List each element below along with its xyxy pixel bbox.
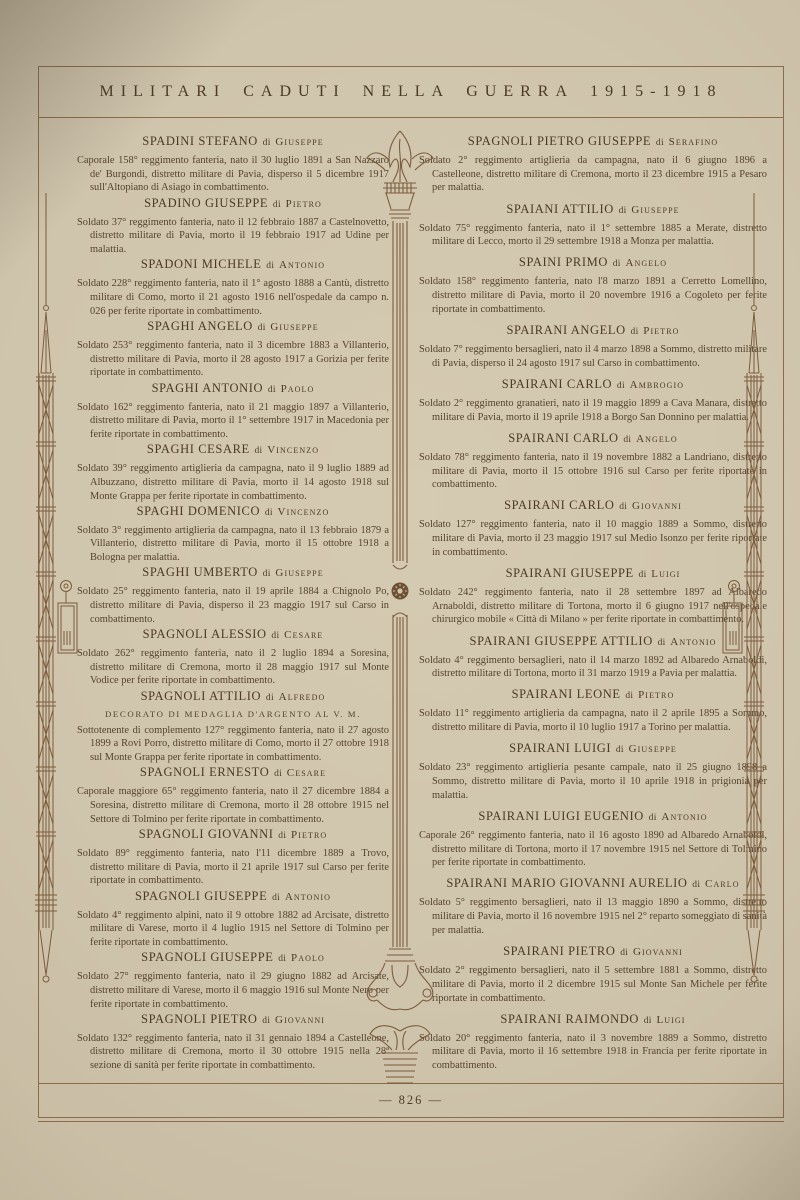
father-name: Giuseppe xyxy=(631,204,679,216)
soldier-record: Sottotenente di complemento 127° reggime… xyxy=(77,724,389,765)
patronymic-connector: di xyxy=(278,831,286,841)
soldier-name-heading: SPAIRANI LEONE di Pietro xyxy=(419,687,767,702)
soldier-name-heading: SPAIRANI GIUSEPPE ATTILIO di Antonio xyxy=(419,634,767,649)
soldier-name: SPADINO GIUSEPPE xyxy=(144,196,268,210)
soldier-record: Soldato 75° reggimento fanteria, nato il… xyxy=(419,222,767,249)
soldier-name: SPAIRANI LUIGI EUGENIO xyxy=(478,809,644,823)
soldier-entry: SPAIRANI MARIO GIOVANNI AURELIO di Carlo… xyxy=(419,876,767,937)
soldier-entry: SPAGNOLI ERNESTO di Cesare Caporale magg… xyxy=(77,765,389,826)
soldier-record: Caporale maggiore 65° reggimento fanteri… xyxy=(77,785,389,826)
page-frame: MILITARI CADUTI NELLA GUERRA 1915-1918 S… xyxy=(38,66,784,1118)
soldier-name: SPAGHI CESARE xyxy=(147,442,250,456)
soldier-entry: SPAGHI DOMENICO di Vincenzo Soldato 3° r… xyxy=(77,504,389,565)
patronymic-connector: di xyxy=(617,381,625,391)
father-name: Giuseppe xyxy=(275,136,323,148)
soldier-name-heading: SPAGHI ANTONIO di Paolo xyxy=(77,381,389,396)
father-name: Giovanni xyxy=(275,1014,325,1026)
patronymic-connector: di xyxy=(262,1016,270,1026)
father-name: Giuseppe xyxy=(270,321,318,333)
soldier-name-heading: SPAGNOLI ATTILIO di Alfredo xyxy=(77,689,389,704)
patronymic-connector: di xyxy=(656,138,664,148)
soldier-record: Soldato 4° reggimento alpini, nato il 9 … xyxy=(77,909,389,950)
patronymic-connector: di xyxy=(620,948,628,958)
father-name: Vincenzo xyxy=(278,506,330,518)
patronymic-connector: di xyxy=(623,435,631,445)
soldier-name: SPAGNOLI ERNESTO xyxy=(140,765,269,779)
patronymic-connector: di xyxy=(255,446,263,456)
soldier-record: Soldato 23° reggimento artiglieria pesan… xyxy=(419,761,767,802)
patronymic-connector: di xyxy=(639,570,647,580)
soldier-name-heading: SPAIRANI LUIGI EUGENIO di Antonio xyxy=(419,809,767,824)
father-name: Angelo xyxy=(636,433,678,445)
patronymic-connector: di xyxy=(271,631,279,641)
father-name: Giovanni xyxy=(632,500,682,512)
soldier-name-heading: SPAGHI ANGELO di Giuseppe xyxy=(77,319,389,334)
soldier-record: Soldato 228° reggimento fanteria, nato i… xyxy=(77,277,389,318)
soldier-name-heading: SPADINO GIUSEPPE di Pietro xyxy=(77,196,389,211)
soldier-record: Soldato 262° reggimento fanteria, nato i… xyxy=(77,647,389,688)
patronymic-connector: di xyxy=(274,769,282,779)
soldier-name: SPAGNOLI GIOVANNI xyxy=(139,827,274,841)
soldier-name-heading: SPAGNOLI GIUSEPPE di Antonio xyxy=(77,889,389,904)
soldier-entry: SPAIRANI LEONE di Pietro Soldato 11° reg… xyxy=(419,687,767,734)
soldier-entry: SPAGNOLI ALESSIO di Cesare Soldato 262° … xyxy=(77,627,389,688)
soldier-entry: SPAIRANI GIUSEPPE ATTILIO di Antonio Sol… xyxy=(419,634,767,681)
soldier-entry: SPAIANI ATTILIO di Giuseppe Soldato 75° … xyxy=(419,202,767,249)
soldier-name-heading: SPAIRANI CARLO di Angelo xyxy=(419,431,767,446)
soldier-entry: SPAGNOLI GIUSEPPE di Paolo Soldato 27° r… xyxy=(77,950,389,1011)
soldier-name: SPAGNOLI ALESSIO xyxy=(143,627,267,641)
soldier-name-heading: SPAIANI ATTILIO di Giuseppe xyxy=(419,202,767,217)
soldier-entry: SPAGNOLI ATTILIO di Alfredo DECORATO DI … xyxy=(77,689,389,765)
soldier-name: SPAGHI UMBERTO xyxy=(142,565,258,579)
soldier-name-heading: SPAIRANI ANGELO di Pietro xyxy=(419,323,767,338)
left-column: SPADINI STEFANO di Giuseppe Caporale 158… xyxy=(77,134,389,1073)
soldier-name-heading: SPADINI STEFANO di Giuseppe xyxy=(77,134,389,149)
father-name: Pietro xyxy=(286,198,322,210)
patronymic-connector: di xyxy=(272,893,280,903)
soldier-name-heading: SPAGHI DOMENICO di Vincenzo xyxy=(77,504,389,519)
soldier-entry: SPAGHI CESARE di Vincenzo Soldato 39° re… xyxy=(77,442,389,503)
soldier-name: SPAGNOLI PIETRO xyxy=(141,1012,258,1026)
soldier-name-heading: SPAGNOLI ERNESTO di Cesare xyxy=(77,765,389,780)
soldier-entry: SPAIRANI ANGELO di Pietro Soldato 7° reg… xyxy=(419,323,767,370)
soldier-record: Soldato 20° reggimento fanteria, nato il… xyxy=(419,1032,767,1073)
soldier-name-heading: SPAIRANI GIUSEPPE di Luigi xyxy=(419,566,767,581)
soldier-name: SPAIRANI CARLO xyxy=(502,377,612,391)
father-name: Vincenzo xyxy=(267,444,319,456)
patronymic-connector: di xyxy=(265,508,273,518)
soldier-name: SPAGNOLI GIUSEPPE xyxy=(135,889,267,903)
soldier-name: SPAIRANI RAIMONDO xyxy=(500,1012,639,1026)
patronymic-connector: di xyxy=(619,206,627,216)
soldier-entry: SPAIRANI CARLO di Angelo Soldato 78° reg… xyxy=(419,431,767,492)
soldier-entry: SPAIRANI LUIGI EUGENIO di Antonio Capora… xyxy=(419,809,767,870)
father-name: Paolo xyxy=(281,383,315,395)
footer-band: — 826 — xyxy=(39,1083,783,1117)
father-name: Antonio xyxy=(279,259,325,271)
soldier-name: SPAIRANI ANGELO xyxy=(506,323,625,337)
patronymic-connector: di xyxy=(268,385,276,395)
father-name: Cesare xyxy=(287,767,326,779)
soldier-name-heading: SPAINI PRIMO di Angelo xyxy=(419,255,767,270)
patronymic-connector: di xyxy=(266,261,274,271)
page-title: MILITARI CADUTI NELLA GUERRA 1915-1918 xyxy=(100,83,723,101)
soldier-entry: SPAGNOLI GIUSEPPE di Antonio Soldato 4° … xyxy=(77,889,389,950)
soldier-record: Soldato 4° reggimento bersaglieri, nato … xyxy=(419,654,767,681)
soldier-name-heading: SPAIRANI CARLO di Ambrogio xyxy=(419,377,767,392)
father-name: Pietro xyxy=(643,325,679,337)
right-column: SPAGNOLI PIETRO GIUSEPPE di Serafino Sol… xyxy=(419,134,767,1073)
soldier-record: Soldato 132° reggimento fanteria, nato i… xyxy=(77,1032,389,1073)
soldier-name: SPADINI STEFANO xyxy=(142,134,258,148)
patronymic-connector: di xyxy=(658,638,666,648)
soldier-record: Soldato 11° reggimento artiglieria da ca… xyxy=(419,707,767,734)
soldier-record: Soldato 25° reggimento fanteria, nato il… xyxy=(77,585,389,626)
soldier-name-heading: SPAIRANI LUIGI di Giuseppe xyxy=(419,741,767,756)
soldier-record: Soldato 89° reggimento fanteria, nato l'… xyxy=(77,847,389,888)
soldier-record: Soldato 162° reggimento fanteria, nato i… xyxy=(77,401,389,442)
father-name: Ambrogio xyxy=(630,379,685,391)
soldier-entry: SPADINI STEFANO di Giuseppe Caporale 158… xyxy=(77,134,389,195)
soldier-entry: SPAGNOLI GIOVANNI di Pietro Soldato 89° … xyxy=(77,827,389,888)
patronymic-connector: di xyxy=(649,813,657,823)
soldier-name-heading: SPAIRANI PIETRO di Giovanni xyxy=(419,944,767,959)
patronymic-connector: di xyxy=(263,138,271,148)
soldier-name-heading: SPADONI MICHELE di Antonio xyxy=(77,257,389,272)
page-content: SPADINI STEFANO di Giuseppe Caporale 158… xyxy=(39,118,783,1083)
soldier-entry: SPAIRANI GIUSEPPE di Luigi Soldato 242° … xyxy=(419,566,767,627)
patronymic-connector: di xyxy=(273,200,281,210)
soldier-name: SPAIRANI GIUSEPPE ATTILIO xyxy=(470,634,653,648)
soldier-record: Soldato 127° reggimento fanteria, nato i… xyxy=(419,518,767,559)
soldier-record: Soldato 27° reggimento fanteria, nato il… xyxy=(77,970,389,1011)
patronymic-connector: di xyxy=(263,569,271,579)
soldier-name: SPAGNOLI ATTILIO xyxy=(141,689,262,703)
soldier-name: SPAIRANI MARIO GIOVANNI AURELIO xyxy=(446,876,687,890)
father-name: Carlo xyxy=(705,878,740,890)
soldier-record: Soldato 2° reggimento bersaglieri, nato … xyxy=(419,964,767,1005)
soldier-record: Soldato 5° reggimento bersaglieri, nato … xyxy=(419,896,767,937)
soldier-record: Soldato 78° reggimento fanteria, nato il… xyxy=(419,451,767,492)
soldier-record: Caporale 26° reggimento fanteria, nato i… xyxy=(419,829,767,870)
soldier-name: SPAGHI DOMENICO xyxy=(137,504,260,518)
soldier-name: SPAGHI ANTONIO xyxy=(152,381,264,395)
soldier-name: SPAIRANI GIUSEPPE xyxy=(506,566,634,580)
father-name: Antonio xyxy=(285,891,331,903)
soldier-name: SPADONI MICHELE xyxy=(141,257,262,271)
father-name: Angelo xyxy=(625,257,667,269)
soldier-name: SPAIRANI LUIGI xyxy=(509,741,611,755)
soldier-record: Soldato 158° reggimento fanteria, nato l… xyxy=(419,275,767,316)
soldier-record: Soldato 242° reggimento fanteria, nato i… xyxy=(419,586,767,627)
decoration-note: DECORATO DI MEDAGLIA D'ARGENTO AL V. M. xyxy=(77,709,389,719)
father-name: Alfredo xyxy=(279,691,326,703)
father-name: Giuseppe xyxy=(275,567,323,579)
patronymic-connector: di xyxy=(625,691,633,701)
father-name: Luigi xyxy=(651,568,680,580)
soldier-entry: SPAGNOLI PIETRO di Giovanni Soldato 132°… xyxy=(77,1012,389,1073)
soldier-name-heading: SPAGNOLI GIUSEPPE di Paolo xyxy=(77,950,389,965)
soldier-record: Soldato 2° reggimento artiglieria da cam… xyxy=(419,154,767,195)
soldier-entry: SPAGHI ANTONIO di Paolo Soldato 162° reg… xyxy=(77,381,389,442)
soldier-name-heading: SPAIRANI RAIMONDO di Luigi xyxy=(419,1012,767,1027)
page-number: — 826 — xyxy=(379,1093,443,1107)
soldier-record: Soldato 39° reggimento artiglieria da ca… xyxy=(77,462,389,503)
patronymic-connector: di xyxy=(278,954,286,964)
soldier-record: Soldato 37° reggimento fanteria, nato il… xyxy=(77,216,389,257)
soldier-name-heading: SPAIRANI MARIO GIOVANNI AURELIO di Carlo xyxy=(419,876,767,891)
patronymic-connector: di xyxy=(644,1016,652,1026)
soldier-record: Caporale 158° reggimento fanteria, nato … xyxy=(77,154,389,195)
soldier-name-heading: SPAGNOLI PIETRO di Giovanni xyxy=(77,1012,389,1027)
soldier-name: SPAGNOLI GIUSEPPE xyxy=(141,950,273,964)
soldier-entry: SPAIRANI PIETRO di Giovanni Soldato 2° r… xyxy=(419,944,767,1005)
soldier-entry: SPAGNOLI PIETRO GIUSEPPE di Serafino Sol… xyxy=(419,134,767,195)
father-name: Paolo xyxy=(291,952,325,964)
father-name: Giovanni xyxy=(633,946,683,958)
patronymic-connector: di xyxy=(258,323,266,333)
father-name: Antonio xyxy=(661,811,707,823)
soldier-name-heading: SPAIRANI CARLO di Giovanni xyxy=(419,498,767,513)
soldier-entry: SPAIRANI CARLO di Giovanni Soldato 127° … xyxy=(419,498,767,559)
father-name: Luigi xyxy=(656,1014,685,1026)
soldier-entry: SPADONI MICHELE di Antonio Soldato 228° … xyxy=(77,257,389,318)
soldier-name-heading: SPAGNOLI PIETRO GIUSEPPE di Serafino xyxy=(419,134,767,149)
soldier-name: SPAGHI ANGELO xyxy=(147,319,253,333)
soldier-entry: SPAGHI UMBERTO di Giuseppe Soldato 25° r… xyxy=(77,565,389,626)
father-name: Pietro xyxy=(291,829,327,841)
title-band: MILITARI CADUTI NELLA GUERRA 1915-1918 xyxy=(39,67,783,118)
soldier-name: SPAIANI ATTILIO xyxy=(506,202,614,216)
soldier-record: Soldato 3° reggimento artiglieria da cam… xyxy=(77,524,389,565)
soldier-name: SPAIRANI CARLO xyxy=(504,498,614,512)
patronymic-connector: di xyxy=(613,259,621,269)
father-name: Giuseppe xyxy=(629,743,677,755)
soldier-entry: SPAGHI ANGELO di Giuseppe Soldato 253° r… xyxy=(77,319,389,380)
patronymic-connector: di xyxy=(692,880,700,890)
soldier-name: SPAIRANI LEONE xyxy=(512,687,621,701)
soldier-entry: SPAINI PRIMO di Angelo Soldato 158° regg… xyxy=(419,255,767,316)
patronymic-connector: di xyxy=(631,327,639,337)
patronymic-connector: di xyxy=(619,502,627,512)
soldier-name-heading: SPAGHI UMBERTO di Giuseppe xyxy=(77,565,389,580)
father-name: Antonio xyxy=(670,636,716,648)
soldier-entry: SPAIRANI LUIGI di Giuseppe Soldato 23° r… xyxy=(419,741,767,802)
soldier-name: SPAIRANI CARLO xyxy=(508,431,618,445)
soldier-name-heading: SPAGHI CESARE di Vincenzo xyxy=(77,442,389,457)
patronymic-connector: di xyxy=(266,693,274,703)
soldier-record: Soldato 2° reggimento granatieri, nato i… xyxy=(419,397,767,424)
soldier-name-heading: SPAGNOLI ALESSIO di Cesare xyxy=(77,627,389,642)
book-page-scan: MILITARI CADUTI NELLA GUERRA 1915-1918 S… xyxy=(0,0,800,1200)
father-name: Pietro xyxy=(638,689,674,701)
soldier-entry: SPAIRANI RAIMONDO di Luigi Soldato 20° r… xyxy=(419,1012,767,1073)
soldier-record: Soldato 7° reggimento bersaglieri, nato … xyxy=(419,343,767,370)
soldier-entry: SPAIRANI CARLO di Ambrogio Soldato 2° re… xyxy=(419,377,767,424)
soldier-name: SPAINI PRIMO xyxy=(519,255,608,269)
soldier-name-heading: SPAGNOLI GIOVANNI di Pietro xyxy=(77,827,389,842)
soldier-name: SPAIRANI PIETRO xyxy=(503,944,615,958)
soldier-name: SPAGNOLI PIETRO GIUSEPPE xyxy=(468,134,651,148)
soldier-record: Soldato 253° reggimento fanteria, nato i… xyxy=(77,339,389,380)
father-name: Serafino xyxy=(669,136,719,148)
patronymic-connector: di xyxy=(616,745,624,755)
father-name: Cesare xyxy=(284,629,323,641)
soldier-entry: SPADINO GIUSEPPE di Pietro Soldato 37° r… xyxy=(77,196,389,257)
